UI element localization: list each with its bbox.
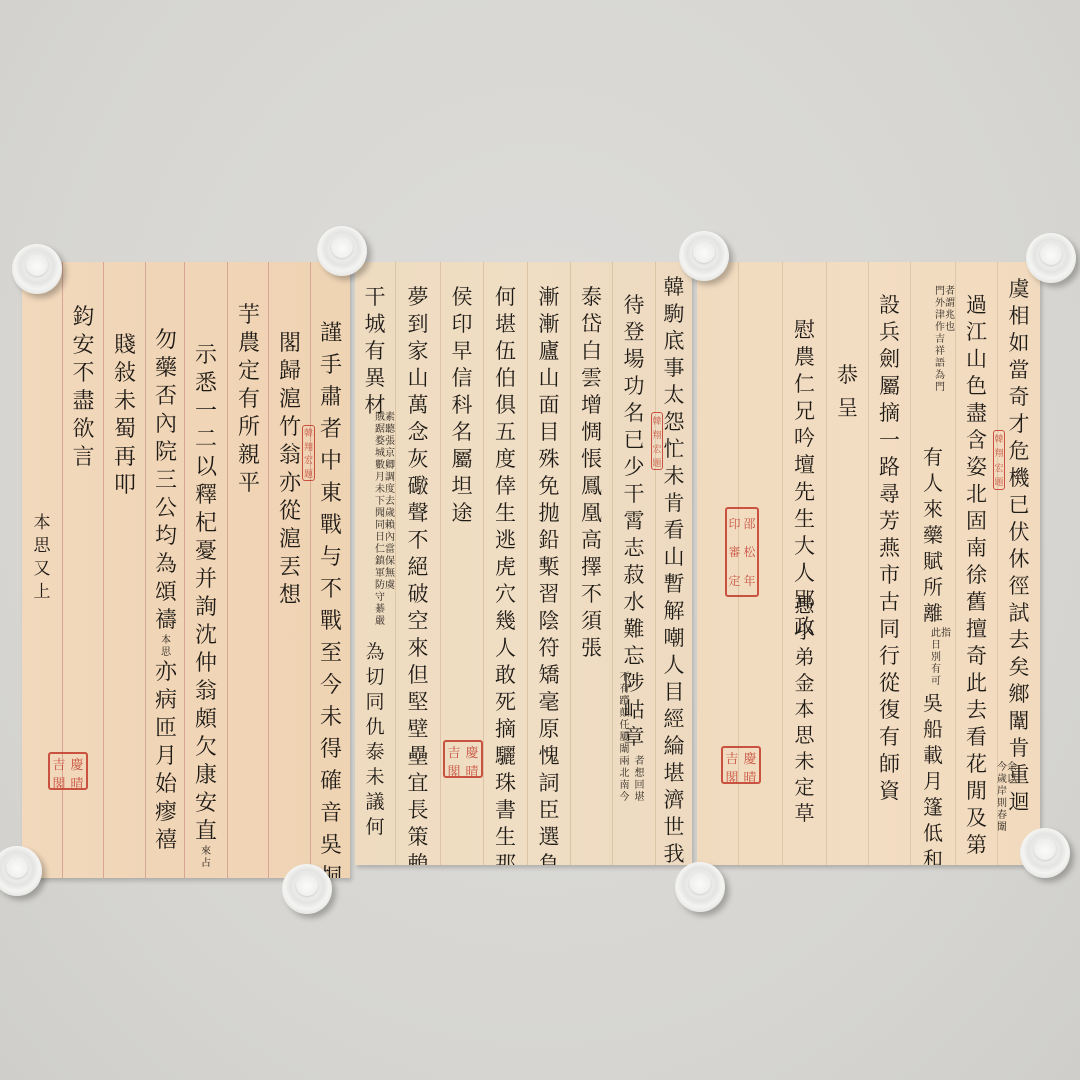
mounting-pin [12, 244, 62, 294]
glyph: 愧 [539, 746, 560, 767]
glyph: 則 [997, 799, 1007, 809]
glyph: 闈 [1009, 711, 1030, 732]
glyph: 欠 [195, 737, 217, 759]
glyph: 思 [795, 725, 815, 745]
glyph: 復 [879, 700, 900, 721]
glyph: 伏 [1009, 522, 1030, 543]
glyph: 者 [945, 287, 955, 297]
glyph: 想 [279, 585, 301, 607]
glyph: 農 [238, 333, 260, 355]
glyph: 世 [664, 817, 685, 838]
glyph: 也 [945, 323, 955, 333]
glyph: 登 [624, 322, 645, 343]
glyph: 思 [161, 648, 171, 658]
glyph: 別 [931, 653, 941, 663]
glyph: 虞 [385, 581, 395, 591]
glyph: 礮 [408, 476, 429, 497]
mounting-pin [1026, 233, 1076, 283]
glyph: 人 [664, 655, 685, 676]
glyph: 途 [452, 503, 473, 524]
glyph: 思 [34, 538, 51, 555]
glyph: 惆 [581, 422, 602, 443]
glyph: 手 [320, 355, 342, 377]
text-column: 有人來藥賦所離 [911, 444, 955, 626]
glyph: 大 [794, 536, 815, 557]
glyph: 素 [385, 413, 395, 423]
glyph: 內 [155, 414, 177, 436]
glyph: 悵 [581, 449, 602, 470]
glyph: 歸 [279, 361, 301, 383]
glyph: 矣 [1009, 657, 1030, 678]
collector-seal: 吉慶閣晴 [48, 752, 88, 790]
glyph: 肅 [320, 387, 342, 409]
glyph: 悉 [195, 373, 217, 395]
collector-seal: 吉慶閣晴 [443, 740, 483, 778]
glyph: 張 [581, 638, 602, 659]
glyph: 逃 [495, 530, 516, 551]
glyph: 仇 [365, 718, 384, 737]
glyph: 芋 [238, 305, 260, 327]
glyph: 仲 [195, 653, 217, 675]
glyph: 志 [624, 538, 645, 559]
text-column: 過江山色盡含姿北固南徐舊擅奇此去看花閒及第 [956, 292, 997, 859]
glyph: 軍 [375, 569, 385, 579]
glyph: 防 [375, 581, 385, 591]
glyph: 杞 [195, 513, 217, 535]
glyph: 泰 [581, 287, 602, 308]
glyph: 不 [581, 584, 602, 605]
glyph: 鎮 [375, 557, 385, 567]
glyph: 日 [375, 533, 385, 543]
glyph: 生 [794, 509, 815, 530]
glyph: 余 [1007, 763, 1017, 773]
text-column: 謹手肅者中東戰与不戰至今未得確音吳桐公近聞 [312, 320, 350, 878]
glyph: 篷 [923, 797, 943, 817]
glyph: 生 [495, 503, 516, 524]
glyph: 以 [1007, 775, 1017, 785]
glyph: 去 [966, 700, 987, 721]
glyph: 我 [664, 844, 685, 865]
glyph: 三 [155, 470, 177, 492]
glyph: 同 [375, 521, 385, 531]
glyph: 翁 [195, 681, 217, 703]
glyph: 絕 [408, 557, 429, 578]
glyph: 印 [452, 314, 473, 335]
glyph: 敍 [114, 363, 136, 385]
glyph: 藥 [923, 525, 943, 545]
glyph: 習 [539, 584, 560, 605]
right-letter-leaf: 虞相如當奇才危機已伏休徑試去矣鄉闈肯重迴 過江山色盡含姿北固南徐舊擅奇此去看花閒… [697, 262, 1040, 865]
glyph: 低 [923, 823, 943, 843]
glyph: 夢 [408, 287, 429, 308]
glyph: 燕 [879, 538, 900, 559]
glyph: 去 [385, 497, 395, 507]
glyph: 花 [966, 754, 987, 775]
glyph: 干 [365, 287, 386, 308]
text-column: 泰岱白雲增惆悵鳳凰高擇不須張 [571, 284, 612, 662]
glyph: 岱 [581, 314, 602, 335]
glyph: 頌 [155, 582, 177, 604]
glyph: 農 [794, 347, 815, 368]
glyph: 原 [539, 719, 560, 740]
glyph: 歲 [385, 509, 395, 519]
glyph: 未 [114, 391, 136, 413]
glyph: 驪 [495, 746, 516, 767]
glyph: 仁 [375, 545, 385, 555]
glyph: 色 [966, 376, 987, 397]
glyph: 本 [34, 515, 51, 532]
mounting-pin [282, 864, 332, 914]
glyph: 干 [624, 484, 645, 505]
glyph: 語 [935, 359, 945, 369]
glyph: 相 [1009, 306, 1030, 327]
glyph: 面 [539, 395, 560, 416]
glyph: 駒 [664, 304, 685, 325]
glyph: 度 [495, 449, 516, 470]
glyph: 路 [879, 457, 900, 478]
text-column: 勿藥否內院三公均為頌禱本思亦病匝月始瘳禧 [147, 327, 185, 855]
glyph: 那 [495, 854, 516, 865]
glyph: 機 [1009, 468, 1030, 489]
side-seal: 韓翔宏題 [993, 430, 1005, 490]
glyph: 為 [365, 643, 384, 662]
glyph: 芳 [879, 511, 900, 532]
glyph: 堅 [408, 692, 429, 713]
glyph: 月 [155, 746, 177, 768]
glyph: 春 [997, 811, 1007, 821]
glyph: 白 [581, 341, 602, 362]
glyph: 破 [408, 584, 429, 605]
glyph: 綸 [664, 736, 685, 757]
glyph: 音 [320, 803, 342, 825]
glyph: 禧 [155, 830, 177, 852]
glyph: 所 [238, 417, 260, 439]
glyph: 肯 [1009, 738, 1030, 759]
glyph: 確 [320, 771, 342, 793]
glyph: 徑 [1009, 576, 1030, 597]
glyph: 弟 [795, 647, 815, 667]
glyph: 保 [385, 557, 395, 567]
signature-column: 愚小弟金本思未定草 [783, 592, 826, 826]
text-column: 吳船載月篷低和莊館 [911, 690, 955, 865]
glyph: 待 [624, 295, 645, 316]
glyph: 山 [664, 547, 685, 568]
glyph: 擇 [581, 557, 602, 578]
glyph: 盡 [966, 403, 987, 424]
glyph: 離 [923, 603, 943, 623]
glyph: 鳳 [581, 476, 602, 497]
glyph: 書 [495, 800, 516, 821]
glyph: 公 [155, 498, 177, 520]
glyph: 抛 [539, 503, 560, 524]
glyph: 何 [495, 287, 516, 308]
glyph: 草 [795, 803, 815, 823]
text-column: 賤敍未蜀再叩 [105, 332, 145, 500]
glyph: 有 [879, 727, 900, 748]
glyph: 勿 [155, 330, 177, 352]
glyph: 守 [375, 593, 385, 603]
glyph: 恭 [837, 365, 858, 386]
glyph: 壁 [408, 719, 429, 740]
glyph: 堪 [635, 793, 645, 803]
glyph: 陰 [539, 611, 560, 632]
glyph: 何 [365, 818, 384, 837]
glyph: 下 [375, 497, 385, 507]
glyph: 月 [375, 473, 385, 483]
glyph: 未 [795, 751, 815, 771]
glyph: 萬 [408, 395, 429, 416]
glyph: 危 [1009, 441, 1030, 462]
glyph: 踞 [375, 425, 385, 435]
glyph: 不 [320, 579, 342, 601]
glyph: 不 [408, 530, 429, 551]
glyph: 有 [931, 665, 941, 675]
glyph: 賦 [923, 551, 943, 571]
glyph: 可 [931, 677, 941, 687]
glyph: 外 [935, 299, 945, 309]
glyph: 示 [195, 345, 217, 367]
glyph: 矯 [539, 665, 560, 686]
glyph: 虞 [1009, 279, 1030, 300]
glyph: 度 [385, 485, 395, 495]
glyph: 此 [931, 629, 941, 639]
glyph: 未 [320, 707, 342, 729]
tall-seal: 印邵審松定年 [725, 507, 759, 597]
glyph: 躓 [620, 697, 630, 707]
glyph: 符 [539, 638, 560, 659]
glyph: 不 [620, 673, 630, 683]
glyph: 顛 [620, 709, 630, 719]
glyph: 固 [966, 511, 987, 532]
glyph: 和 [923, 849, 943, 865]
glyph: 霄 [624, 511, 645, 532]
glyph: 殊 [539, 449, 560, 470]
glyph: 以 [195, 457, 217, 479]
glyph: 平 [238, 473, 260, 495]
glyph: 滬 [279, 389, 301, 411]
glyph: 免 [539, 476, 560, 497]
glyph: 侯 [452, 287, 473, 308]
glyph: 水 [624, 592, 645, 613]
glyph: 虎 [495, 557, 516, 578]
mounting-pin [675, 862, 725, 912]
glyph: 至 [320, 643, 342, 665]
glyph: 上 [34, 584, 51, 601]
glyph: 始 [155, 774, 177, 796]
text-column: 芋農定有所親平 [229, 302, 269, 498]
glyph: 金 [795, 673, 815, 693]
glyph: 定 [238, 361, 260, 383]
glyph: 山 [408, 368, 429, 389]
glyph: 功 [624, 376, 645, 397]
glyph: 須 [581, 611, 602, 632]
glyph: 到 [408, 314, 429, 335]
glyph: 倖 [495, 476, 516, 497]
glyph: 目 [539, 422, 560, 443]
glyph: 徐 [966, 565, 987, 586]
side-seal: 韓翔宏題 [651, 412, 663, 470]
glyph: 北 [966, 484, 987, 505]
glyph: 吳 [923, 693, 943, 713]
glyph: 姿 [966, 457, 987, 478]
left-letter-leaf: 謹手肅者中東戰与不戰至今未得確音吳桐公近聞 閣歸滬竹翁亦從滬丟想 芋農定有所親平… [22, 262, 350, 878]
glyph: 南 [966, 538, 987, 559]
ruled-line [826, 262, 827, 865]
glyph: 菽 [624, 565, 645, 586]
glyph: 漸 [539, 287, 560, 308]
glyph: 沈 [195, 625, 217, 647]
glyph: 有 [365, 341, 386, 362]
glyph: 吟 [794, 428, 815, 449]
glyph: 暫 [664, 574, 685, 595]
glyph: 頗 [195, 709, 217, 731]
glyph: 瘳 [155, 802, 177, 824]
glyph: 謹 [320, 323, 342, 345]
glyph: 看 [966, 727, 987, 748]
glyph: 所 [923, 577, 943, 597]
glyph: 未 [375, 485, 385, 495]
glyph: 行 [879, 646, 900, 667]
glyph: 回 [635, 781, 645, 791]
glyph: 肯 [664, 493, 685, 514]
glyph: 擅 [966, 619, 987, 640]
glyph: 指 [941, 629, 951, 639]
glyph: 為 [155, 554, 177, 576]
glyph: 蜀 [114, 419, 136, 441]
mounting-pin [679, 231, 729, 281]
glyph: 事 [664, 358, 685, 379]
glyph: 否 [155, 386, 177, 408]
glyph: 閒 [966, 781, 987, 802]
glyph: 摘 [879, 403, 900, 424]
glyph: 雲 [581, 368, 602, 389]
glyph: 經 [664, 709, 685, 730]
glyph: 死 [495, 692, 516, 713]
glyph: 院 [155, 442, 177, 464]
glyph: 休 [1009, 549, 1030, 570]
glyph: 丟 [279, 557, 301, 579]
glyph: 滬 [279, 529, 301, 551]
glyph: 堪 [495, 314, 516, 335]
glyph: 濟 [664, 790, 685, 811]
glyph: 仁 [794, 374, 815, 395]
glyph: 毫 [539, 692, 560, 713]
glyph: 策 [408, 827, 429, 848]
glyph: 再 [114, 447, 136, 469]
glyph: 嘲 [664, 628, 685, 649]
glyph: 詢 [195, 597, 217, 619]
glyph: 竹 [279, 417, 301, 439]
glyph: 未 [664, 466, 685, 487]
glyph: 定 [795, 777, 815, 797]
glyph: 月 [923, 771, 943, 791]
glyph: 本 [161, 636, 171, 646]
glyph: 泰 [365, 743, 384, 762]
glyph: 未 [365, 768, 384, 787]
glyph: 祥 [935, 347, 945, 357]
glyph: 內 [385, 533, 395, 543]
glyph: 伯 [495, 368, 516, 389]
glyph: 謂 [945, 299, 955, 309]
glyph: 試 [1009, 603, 1030, 624]
glyph: 名 [452, 422, 473, 443]
glyph: 奇 [966, 646, 987, 667]
glyph: 岸 [997, 787, 1007, 797]
glyph: 戰 [320, 611, 342, 633]
text-column: 漸漸廬山面目殊免抛鉛槧習陰符矯毫原愧詞臣選負矢 [528, 284, 570, 865]
glyph: 病 [155, 690, 177, 712]
glyph: 來 [201, 847, 211, 857]
glyph: 吉 [935, 335, 945, 345]
annotation-note: 門外津作吉祥語為門者謂兆也 [915, 286, 955, 396]
glyph: 吳 [320, 835, 342, 857]
glyph: 先 [794, 482, 815, 503]
glyph: 山 [966, 349, 987, 370]
glyph: 聽 [385, 425, 395, 435]
glyph: 科 [452, 395, 473, 416]
glyph: 才 [1009, 414, 1030, 435]
glyph: 今 [620, 793, 630, 803]
glyph: 增 [581, 395, 602, 416]
glyph: 負 [539, 854, 560, 865]
text-column: 夢到家山萬念灰礮聲不絕破空來但堅壁壘宜長策賴寄 [396, 284, 440, 865]
annotation-note: 賊踞婺城數月未下聞同日仁鎮軍防守綦嚴素聽張京卿調度去歲賴內當保無虞 [357, 412, 395, 632]
glyph: 場 [624, 349, 645, 370]
glyph: 屬 [879, 376, 900, 397]
glyph: 得 [320, 739, 342, 761]
glyph: 凰 [581, 503, 602, 524]
glyph: 臣 [539, 800, 560, 821]
glyph: 早 [452, 341, 473, 362]
glyph: 二 [195, 429, 217, 451]
glyph: 并 [195, 569, 217, 591]
text-column: 干城有異材 [355, 284, 395, 419]
glyph: 穴 [495, 584, 516, 605]
glyph: 來 [408, 638, 429, 659]
glyph: 呈 [837, 398, 858, 419]
text-column: 何堪伍伯俱五度倖生逃虎穴幾人敢死摘驪珠書生那索封 [484, 284, 527, 865]
mounting-pin [1020, 828, 1070, 878]
glyph: 鈞 [72, 307, 94, 329]
glyph: 閣 [279, 333, 301, 355]
glyph: 釋 [195, 485, 217, 507]
glyph: 鄉 [1009, 684, 1030, 705]
glyph: 聲 [408, 503, 429, 524]
glyph: 壇 [794, 455, 815, 476]
glyph: 山 [539, 368, 560, 389]
glyph: 中 [320, 451, 342, 473]
glyph: 城 [365, 314, 386, 335]
annotation-note: 今歲岸則春闈余以 [997, 762, 1017, 842]
glyph: 壘 [408, 746, 429, 767]
glyph: 設 [879, 295, 900, 316]
glyph: 異 [365, 368, 386, 389]
glyph: 過 [966, 295, 987, 316]
glyph: 漸 [539, 314, 560, 335]
glyph: 廬 [539, 341, 560, 362]
glyph: 愚 [795, 595, 815, 615]
glyph: 南 [620, 781, 630, 791]
glyph: 槧 [539, 557, 560, 578]
glyph: 安 [72, 335, 94, 357]
glyph: 賴 [385, 521, 395, 531]
glyph: 欲 [72, 419, 94, 441]
glyph: 江 [966, 322, 987, 343]
glyph: 詞 [539, 773, 560, 794]
text-column: 韓駒底事太怨忙未肯看山暫解嘲人目經綸堪濟世我方偶儡 [656, 274, 692, 865]
glyph: 調 [385, 473, 395, 483]
glyph: 信 [452, 368, 473, 389]
